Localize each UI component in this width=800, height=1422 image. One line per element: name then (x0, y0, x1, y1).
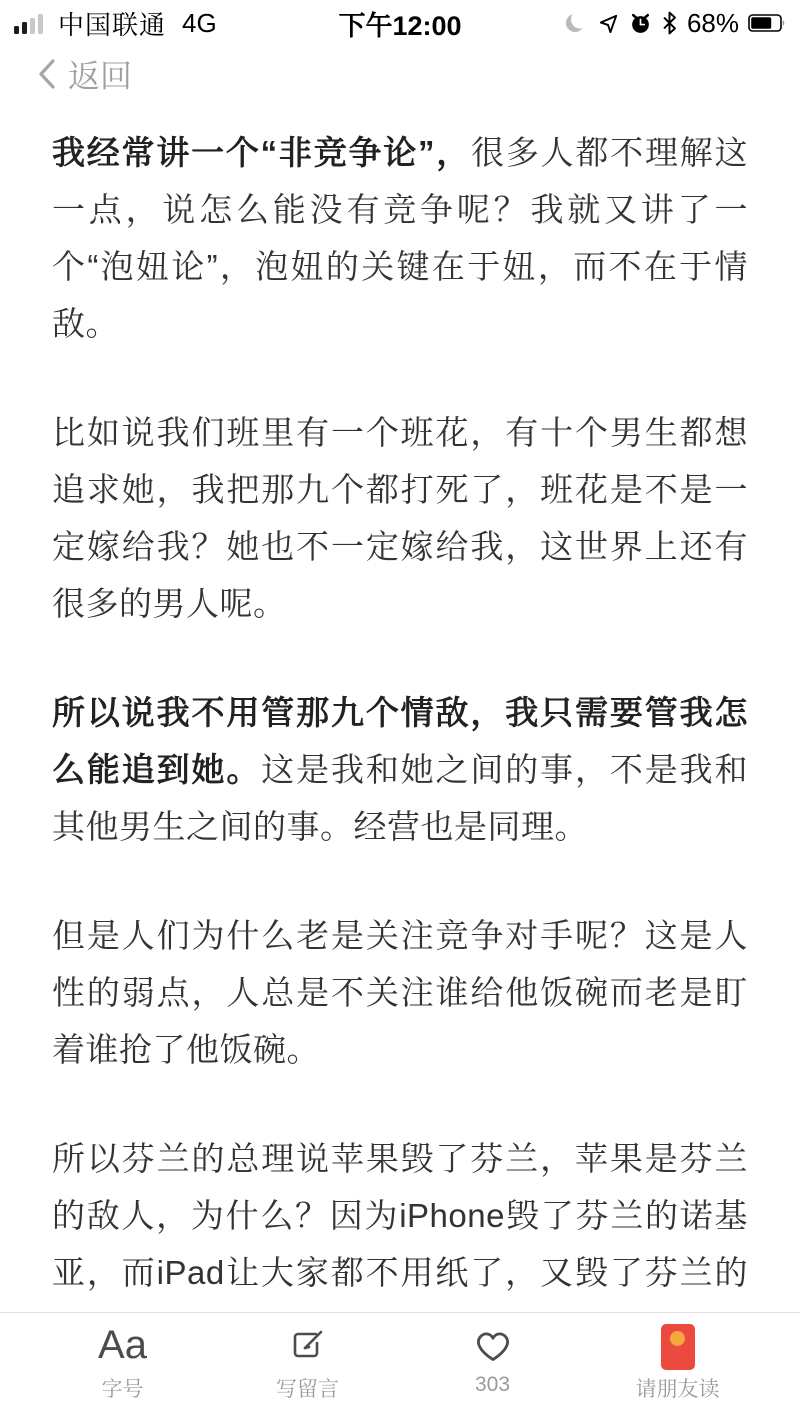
clock-label: 下午12:00 (314, 4, 486, 43)
invite-friend-label: 请朋友读 (636, 1373, 720, 1403)
article-paragraph: 所以芬兰的总理说苹果毁了芬兰，苹果是芬兰的敌人，为什么？因为iPhone毁了芬兰… (52, 1130, 748, 1312)
compose-icon (288, 1319, 328, 1371)
article-paragraph: 所以说我不用管那九个情敌，我只需要管我怎么能追到她。这是我和她之间的事，不是我和… (52, 684, 748, 855)
write-comment-button[interactable]: 写留言 (215, 1319, 400, 1422)
font-size-label: 字号 (102, 1373, 144, 1403)
article-paragraph: 我经常讲一个“非竞争论”，很多人都不理解这一点，说怎么能没有竞争呢？我就又讲了一… (52, 124, 748, 352)
status-bar: 中国联通 4G 下午12:00 (0, 0, 800, 42)
paragraph-regular-text: 但是人们为什么老是关注竞争对手呢？这是人性的弱点，人总是不关注谁给他饭碗而老是盯… (52, 917, 748, 1068)
like-button[interactable]: 303 (400, 1319, 585, 1422)
nav-bar: 返回 (0, 42, 800, 106)
write-comment-label: 写留言 (276, 1373, 339, 1403)
like-count: 303 (475, 1373, 510, 1397)
article-paragraph: 比如说我们班里有一个班花，有十个男生都想追求她，我把那九个都打死了，班花是不是一… (52, 404, 748, 632)
phone-screen: 中国联通 4G 下午12:00 (0, 0, 800, 1422)
paragraph-regular-text: 所以芬兰的总理说苹果毁了芬兰，苹果是芬兰的敌人，为什么？因为iPhone毁了芬兰… (52, 1140, 748, 1312)
bottom-toolbar: Aa 字号 写留言 303 请 (0, 1312, 800, 1422)
carrier-label: 中国联通 (58, 5, 166, 42)
back-button-label: 返回 (68, 51, 132, 97)
paragraph-bold-text: 我经常讲一个“非竞争论”， (52, 134, 471, 171)
do-not-disturb-moon-icon (564, 11, 588, 35)
red-envelope-icon (661, 1319, 695, 1371)
heart-icon (472, 1319, 514, 1371)
chevron-left-icon (36, 57, 58, 91)
article-body: 我经常讲一个“非竞争论”，很多人都不理解这一点，说怎么能没有竞争呢？我就又讲了一… (0, 106, 800, 1312)
status-right: 68% (486, 8, 786, 39)
font-size-button[interactable]: Aa 字号 (30, 1319, 215, 1422)
battery-percent-label: 68% (687, 8, 739, 39)
article-paragraph: 但是人们为什么老是关注竞争对手呢？这是人性的弱点，人总是不关注谁给他饭碗而老是盯… (52, 907, 748, 1078)
paragraph-regular-text: 比如说我们班里有一个班花，有十个男生都想追求她，我把那九个都打死了，班花是不是一… (52, 414, 748, 622)
signal-strength-icon (14, 12, 48, 34)
alarm-clock-icon (629, 12, 652, 35)
network-type-label: 4G (182, 8, 217, 39)
status-left: 中国联通 4G (14, 5, 314, 42)
envelope-seal-icon (670, 1331, 685, 1346)
font-size-icon: Aa (98, 1319, 147, 1371)
invite-friend-button[interactable]: 请朋友读 (585, 1319, 770, 1422)
back-button[interactable]: 返回 (36, 51, 132, 97)
bluetooth-icon (661, 11, 678, 35)
battery-icon (748, 14, 786, 32)
location-arrow-icon (597, 12, 620, 35)
